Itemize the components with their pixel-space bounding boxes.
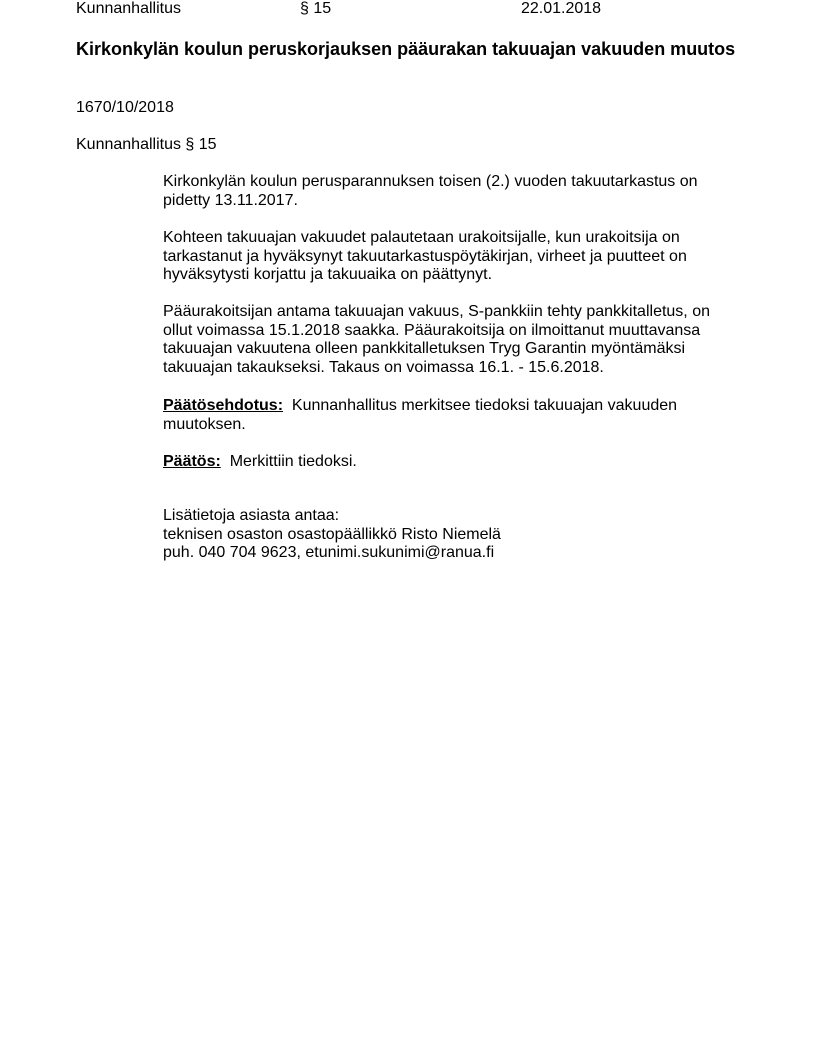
contact-block: Lisätietoja asiasta antaa: teknisen osas… (163, 507, 743, 563)
contact-person: teknisen osaston osastopäällikkö Risto N… (163, 526, 743, 545)
proposal-label: Päätösehdotus: (163, 397, 283, 414)
header-section: § 15 (300, 0, 331, 18)
decision-paragraph: Päätös: Merkittiin tiedoksi. (163, 453, 743, 472)
proposal-paragraph: Päätösehdotus: Kunnanhallitus merkitsee … (163, 397, 728, 434)
decision-text: Merkittiin tiedoksi. (230, 453, 357, 470)
document-title: Kirkonkylän koulun peruskorjauksen pääur… (76, 38, 736, 60)
contact-intro: Lisätietoja asiasta antaa: (163, 507, 743, 526)
header-date: 22.01.2018 (521, 0, 601, 18)
paragraph-inspection: Kirkonkylän koulun perusparannuksen tois… (163, 173, 708, 210)
paragraph-guarantees: Kohteen takuuajan vakuudet palautetaan u… (163, 229, 698, 285)
paragraph-bank-deposit: Pääurakoitsijan antama takuuajan vakuus,… (163, 303, 743, 377)
contact-details: puh. 040 704 9623, etunimi.sukunimi@ranu… (163, 544, 743, 563)
section-reference: Kunnanhallitus § 15 (76, 136, 217, 154)
case-number: 1670/10/2018 (76, 99, 174, 117)
header-body-name: Kunnanhallitus (76, 0, 181, 18)
decision-label: Päätös: (163, 453, 221, 470)
